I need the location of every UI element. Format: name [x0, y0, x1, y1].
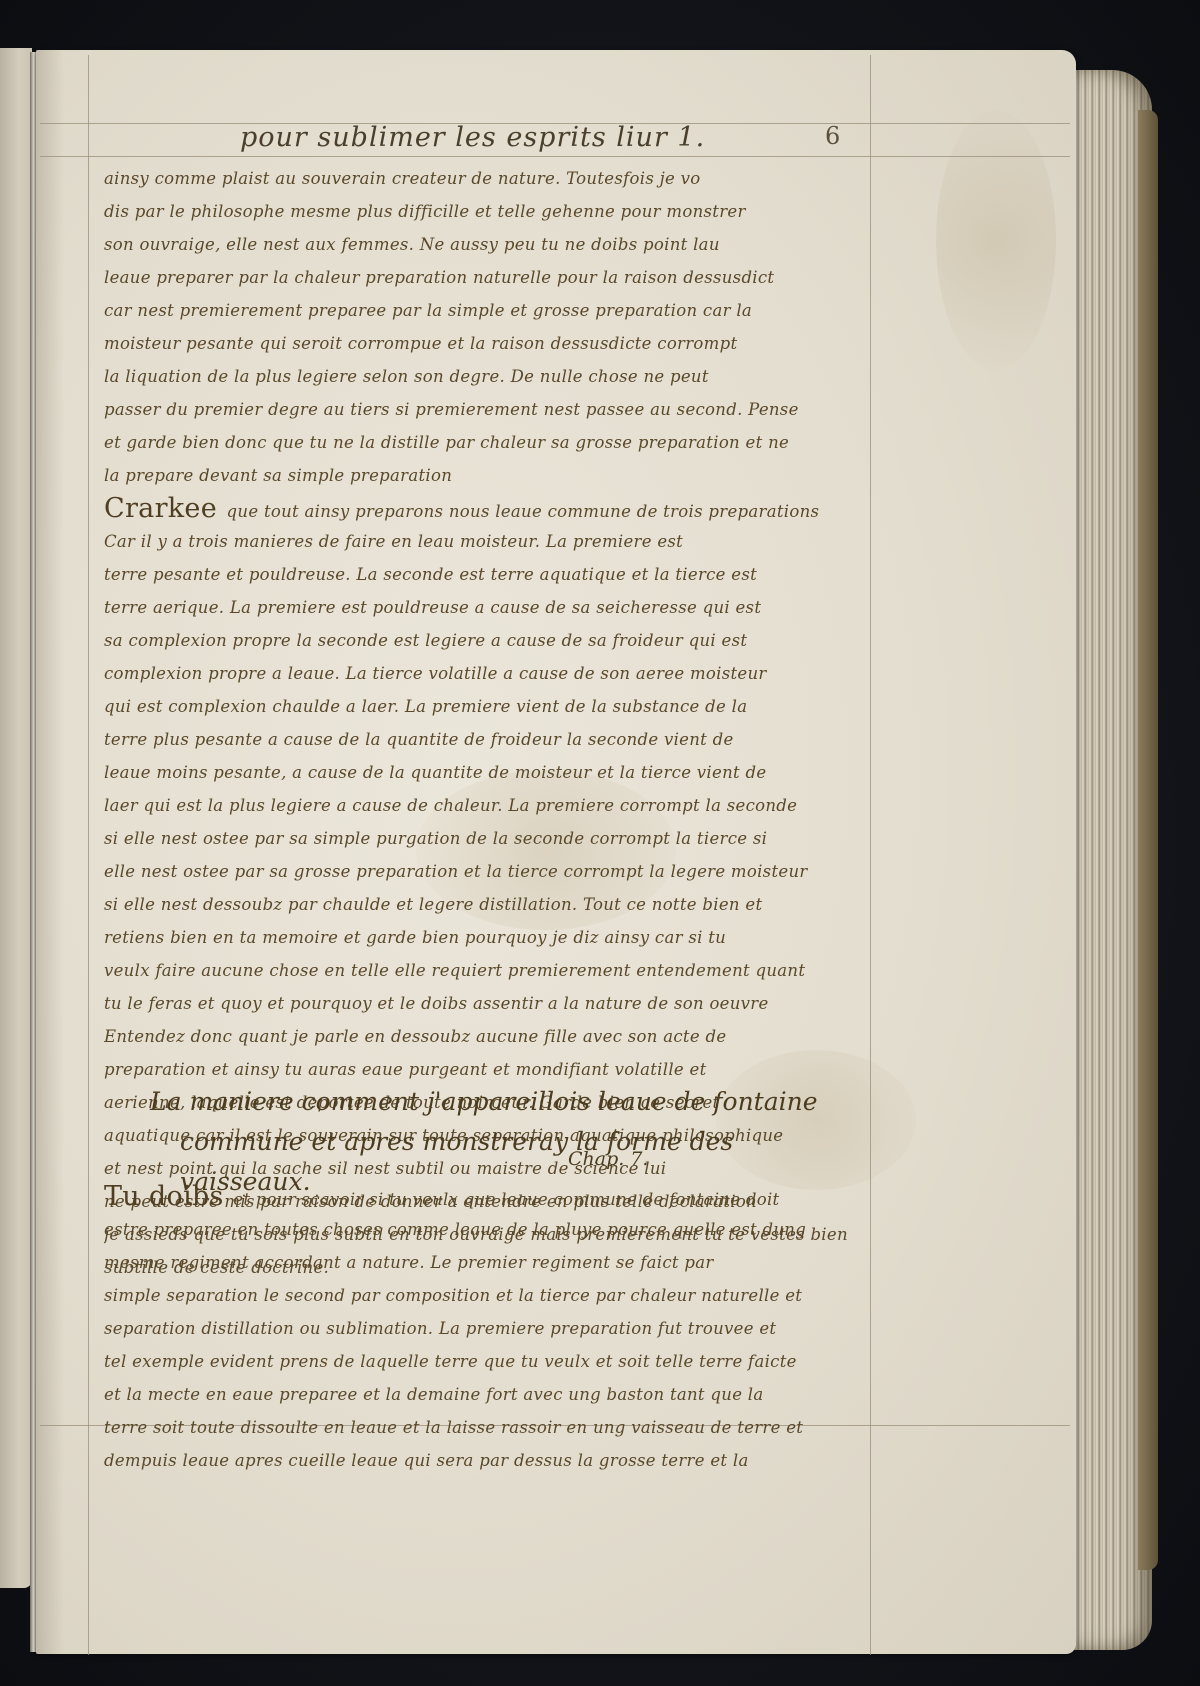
text-line: car nest premierement preparee par la si…: [104, 294, 874, 327]
text-block-2: Tu doibs et pour scavoir si tu veulx que…: [104, 1180, 874, 1477]
text-line: dempuis leaue apres cueille leaue qui se…: [104, 1444, 874, 1477]
text-line: laer qui est la plus legiere a cause de …: [104, 789, 874, 822]
text-line: mesme regiment accordant a nature. Le pr…: [104, 1246, 874, 1279]
chapter-heading-line-1: La maniere comment j'appareillois leaue …: [150, 1082, 870, 1122]
text-line: simple separation le second par composit…: [104, 1279, 874, 1312]
text-line: complexion propre a leaue. La tierce vol…: [104, 657, 874, 690]
text-line: tel exemple evident prens de laquelle te…: [104, 1345, 874, 1378]
text-line: et pour scavoir si tu veulx que leaue co…: [233, 1190, 779, 1209]
text-line: et la mecte en eaue preparee et la demai…: [104, 1378, 874, 1411]
text-line: elle nest ostee par sa grosse preparatio…: [104, 855, 874, 888]
text-line: veulx faire aucune chose en telle elle r…: [104, 954, 874, 987]
text-line: sa complexion propre la seconde est legi…: [104, 624, 874, 657]
text-line: separation distillation ou sublimation. …: [104, 1312, 874, 1345]
facing-page-edge: [0, 48, 32, 1588]
paragraph-initial: Crarkee: [104, 493, 217, 524]
text-line: son ouvraige, elle nest aux femmes. Ne a…: [104, 228, 874, 261]
text-line: Car il y a trois manieres de faire en le…: [104, 525, 874, 558]
left-margin-rule: [88, 55, 89, 1655]
paper-stain: [936, 110, 1056, 370]
text-line: tu le feras et quoy et pourquoy et le do…: [104, 987, 874, 1020]
text-line: passer du premier degre au tiers si prem…: [104, 393, 874, 426]
running-head-text: pour sublimer les esprits liur 1.: [240, 122, 705, 153]
page-number: 6: [825, 122, 840, 150]
text-line: si elle nest dessoubz par chaulde et leg…: [104, 888, 874, 921]
text-line: la liquation de la plus legiere selon so…: [104, 360, 874, 393]
paragraph-start-line: Crarkee que tout ainsy preparons nous le…: [104, 492, 874, 525]
text-line: moisteur pesante qui seroit corrompue et…: [104, 327, 874, 360]
text-line: terre pesante et pouldreuse. La seconde …: [104, 558, 874, 591]
paragraph-initial: Tu doibs: [104, 1181, 224, 1212]
text-line: la prepare devant sa simple preparation: [104, 459, 874, 492]
text-line: que tout ainsy preparons nous leaue comm…: [227, 502, 820, 521]
text-line: et garde bien donc que tu ne la distille…: [104, 426, 874, 459]
text-line: dis par le philosophe mesme plus diffici…: [104, 195, 874, 228]
text-line: leaue preparer par la chaleur preparatio…: [104, 261, 874, 294]
text-line: si elle nest ostee par sa simple purgati…: [104, 822, 874, 855]
paragraph-start-line: Tu doibs et pour scavoir si tu veulx que…: [104, 1180, 874, 1213]
text-line: ainsy comme plaist au souverain createur…: [104, 162, 874, 195]
text-line: Entendez donc quant je parle en dessoubz…: [104, 1020, 874, 1053]
text-line: terre aerique. La premiere est pouldreus…: [104, 591, 874, 624]
text-line: retiens bien en ta memoire et garde bien…: [104, 921, 874, 954]
chapter-number-label: Chap. 7.: [568, 1148, 648, 1170]
running-header: pour sublimer les esprits liur 1.: [240, 122, 860, 158]
text-line: leaue moins pesante, a cause de la quant…: [104, 756, 874, 789]
text-line: qui est complexion chaulde a laer. La pr…: [104, 690, 874, 723]
text-line: terre soit toute dissoulte en leaue et l…: [104, 1411, 874, 1444]
text-line: terre plus pesante a cause de la quantit…: [104, 723, 874, 756]
text-line: estre preparee en toutes choses comme le…: [104, 1213, 874, 1246]
